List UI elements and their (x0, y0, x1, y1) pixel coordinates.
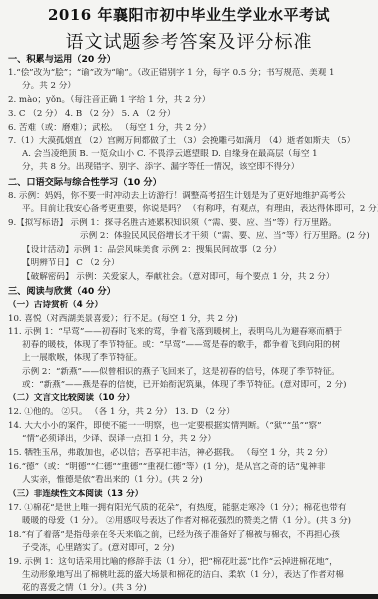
section-heading: 二、口语交际与综合性学习（10 分） (8, 177, 374, 188)
answer-line: 12. ①他的。 ②只。 （各 1 分，共 2 分） 13. D （2 分） (8, 407, 374, 418)
answer-line: 【破解密码】 示例：关爱家人，奉献社会。（意对即可，每个要点 1 分，共 2 分… (22, 272, 378, 283)
bottom-border (0, 594, 378, 599)
answer-line: 或：“新燕”——燕是春的信使，已开始衔泥筑巢，体现了季节特征。(意对即可，2 分… (22, 380, 378, 391)
document-title: 2016 年襄阳市初中毕业生学业水平考试 (0, 4, 378, 25)
answer-line: 14. 大大小小的案件，即使不能一一明察，也一定要根据实情判断。（“狱”“虽”“… (8, 421, 374, 432)
answer-line: 1.“侩”改为“脍”；“谕”改为“喻”。（改正错别字 1 分，每字 0.5 分；… (8, 68, 374, 79)
answer-line: 6. 苦难（或：磨难）；武松。 （每空 1 分，共 2 分） (8, 123, 374, 134)
section-heading: 一、积累与运用（20 分） (8, 54, 374, 65)
answer-line: 9.【拟写标语】 示例 1：探寻名胜古迹累积知识须（“需、要、应、当”等）行万里… (8, 218, 374, 229)
answer-line: 16.“德”（或：“明德”“仁德”“重德”“重视仁德”等）(1 分)，是从宫之奇… (8, 462, 374, 473)
answer-line: 花的喜爱之情（1 分）。(共 3 分) (22, 583, 378, 594)
answer-line: 分，共 8 分。出现错字、别字、添字、漏字等任一情况，该空即不得分） (22, 162, 378, 173)
section-heading: 三、阅读与欣赏（40 分） (8, 286, 374, 297)
answer-line: 暖暖的母爱（1 分）。 ②用感叹号表达了作者对棉花强烈的赞美之情（1 分）。(共… (22, 516, 378, 527)
answer-line: 15. 牺牲玉帛，弗敢加也，必以信；吾享祀丰洁，神必据我。 （每空 1 分，共 … (8, 448, 374, 459)
answer-line: 生动形象地写出了棉桃吐蕊的盛大场景和棉花的洁白、柔软（1 分），表达了作者对棉 (22, 570, 378, 581)
answer-line: 人实亲，惟德是依”看出来的（1 分）。(共 2 分) (22, 475, 378, 486)
answer-line: “情”必须译出，少译、误译一点扣 1 分，共 2 分） (22, 434, 378, 445)
answer-line: 【明辨节日】 C （2 分） (22, 258, 378, 269)
answer-line: 11. 示例 1：“早莺”——初春时飞来的莺，争着飞落到暖树上，表明鸟儿为避春寒… (8, 327, 374, 338)
subsection-heading: （三）非连续性文本阅读（13 分） (8, 489, 374, 500)
answer-line: 【设计活动】示例 1：品尝风味美食 示例 2：搜集民间故事（2 分） (22, 245, 378, 256)
answer-line: 上一展歌喉，体现了季节特征。 (22, 353, 378, 364)
answer-line: 平。目前让我安心备考更重要，你说是吗？ （有称呼，有观点，有理由，表达得体即可，… (22, 204, 378, 215)
answer-line: 初春的暖枝，体现了季节特征。或：“早莺”——莺是春的歌手，都争着飞到向阳的树 (22, 340, 378, 351)
answer-line: A. 会当凌绝顶 B. 一览众山小 C. 不畏浮云遮望眼 D. 自缘身在最高层（… (22, 149, 378, 160)
answer-line: 分。共 2 分） (22, 81, 378, 92)
answer-line: 18.“有了着落”是指母亲在冬天来临之前，已经为孩子准备好了棉被与棉衣，不再担心… (8, 530, 374, 541)
answer-line: 3. C （2 分） 4. B （2 分） 5. A （2 分） (8, 109, 374, 120)
answer-line: 示例 2：“新燕”——似曾相识的燕子飞回来了，这是初春的信号，体现了季节特征。 (22, 367, 378, 378)
answer-line: 19. 示例 1：这句话采用比喻的修辞手法（1 分），把“棉花吐蕊”比作“云掉进… (8, 557, 374, 568)
subsection-heading: （一）古诗赏析（4 分） (8, 300, 374, 311)
answer-line: 7.（1）大漠孤烟直 （2）宫阙万间都做了土 （3）会挽雕弓如满月 （4）逝者如… (8, 136, 374, 147)
subsection-heading: （二）文言文比较阅读（10 分） (8, 393, 374, 404)
answer-line: 2. mào；yǒn。（每注音正确 1 字给 1 分，共 2 分） (8, 95, 374, 106)
answer-key-page: 2016 年襄阳市初中毕业生学业水平考试 语文试题参考答案及评分标准 一、积累与… (0, 0, 378, 594)
answer-line: 示例 2：体验民风民俗增长才干须（“需、要、应、当”等）行万里路。(2 分) (80, 231, 378, 242)
document-subtitle: 语文试题参考答案及评分标准 (0, 28, 378, 54)
answer-line: 10. 喜悦（对西湖美景喜爱）；行不足。(每空 1 分，共 2 分) (8, 314, 374, 325)
answer-line: 8. 示例：妈妈，你不要一时冲动去上访游行！调整高考招生计划是为了更好地维护高考… (8, 191, 374, 202)
answer-line: 子受冻，心里踏实了。(意对即可，2 分) (22, 543, 378, 554)
answer-line: 17. ①棉花“是世上唯一拥有阳光气质的花朵”，有热度，能驱走寒冷（1 分）；棉… (8, 503, 374, 514)
